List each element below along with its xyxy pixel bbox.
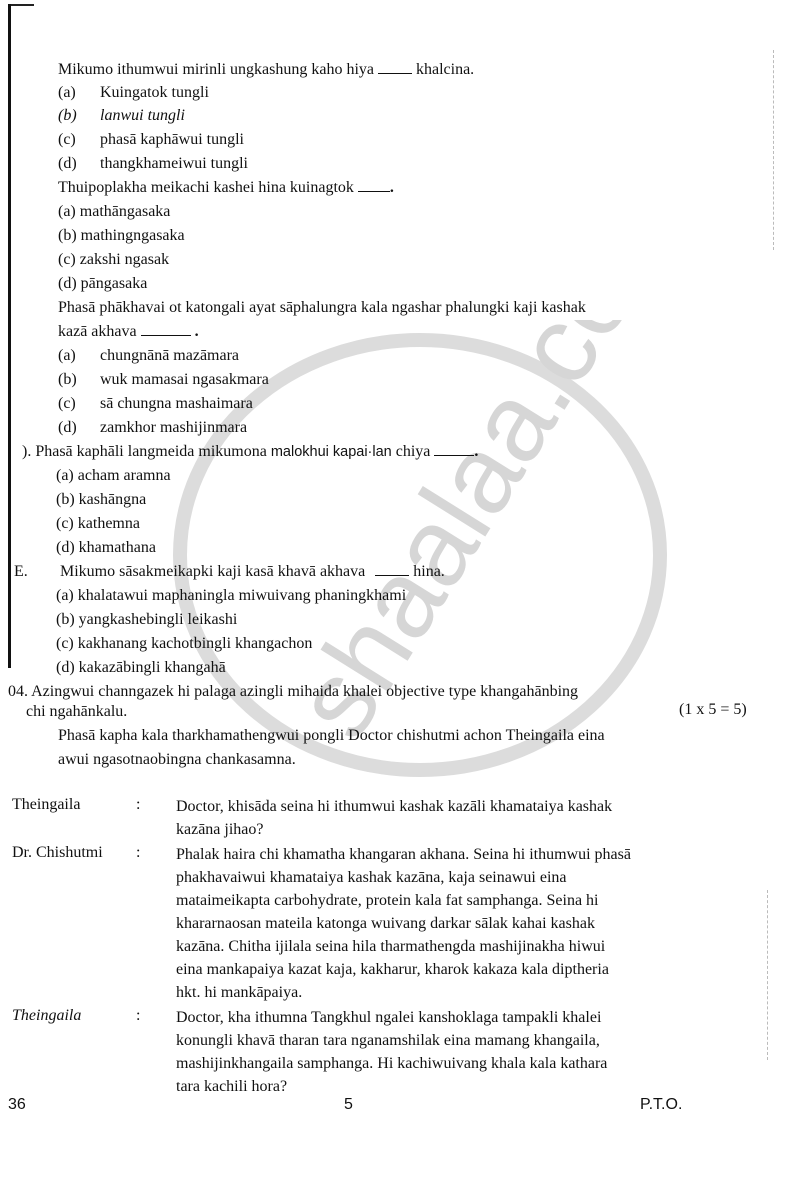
option-label: (a) [56,587,74,604]
option-text: lanwui tungli [100,107,185,124]
option-text: kashāngna [79,491,147,508]
question-4-option-d: (d) khamathana [56,538,156,558]
dialogue-speaker: Theingaila [12,1006,81,1026]
question-3-stem-line-1: Phasā phākhavai ot katongali ayat sāphal… [58,298,586,318]
dialogue-line: mataimeikapta carbohydrate, protein kala… [176,889,736,912]
question-5-text: Mikumo sāsakmeikapki kaji kasā khavā akh… [60,563,365,580]
option-label: (b) [58,227,77,244]
question-3-text-cont: kazā akhava [58,323,137,340]
option-label: (c) [58,130,100,150]
section-04-heading: 04. Azingwui channgazek hi palaga azingl… [8,682,578,702]
question-3-option-b: (b)wuk mamasai ngasakmara [58,370,269,390]
marks-allocation: (1 x 5 = 5) [679,700,747,720]
question-1-option-a: (a)Kuingatok tungli [58,83,209,103]
option-label: (d) [58,275,77,292]
dialogue-colon: : [136,843,140,863]
option-label: (b) [56,611,75,628]
dialogue-speaker: Dr. Chishutmi [12,843,103,863]
question-3-text: Phasā phākhavai ot katongali ayat sāphal… [58,299,586,316]
question-3-option-d: (d)zamkhor mashijinmara [58,418,247,438]
option-text: pāngasaka [81,275,148,292]
question-number: E. [14,563,28,580]
option-text: sā chungna mashaimara [100,395,253,412]
page-number: 5 [344,1096,353,1114]
dialogue-line: Doctor, khisāda seina hi ithumwui kashak… [176,795,736,818]
question-5-option-c: (c) kakhanang kachotbingli khangachon [56,634,312,654]
question-5-option-d: (d) kakazābingli khangahā [56,658,226,678]
option-label: (d) [58,154,100,174]
answer-blank [141,323,191,336]
question-2-text: Thuipoplakha meikachi kashei hina kuinag… [58,179,354,196]
option-label: (a) [58,83,100,103]
answer-blank [378,61,412,74]
question-4-text: Phasā kaphāli langmeida mikumona [35,443,267,460]
option-text: mathāngasaka [80,203,171,220]
answer-blank [434,443,474,456]
question-3-option-a: (a)chungnānā mazāmara [58,346,239,366]
dialogue-line: hkt. hi mankāpaiya. [176,981,736,1004]
question-number: ). [22,443,31,460]
answer-blank [375,563,409,576]
section-04-heading-line-1: 04. Azingwui channgazek hi palaga azingl… [8,683,578,700]
question-3-period: . [195,323,199,340]
question-4-text-end: chiya [396,443,431,460]
option-text: zamkhor mashijinmara [100,419,247,436]
question-1-option-b: (b)lanwui tungli [58,106,185,126]
option-label: (c) [56,515,74,532]
intro-text-cont: awui ngasotnaobingna chankasamna. [58,751,296,768]
option-text: chungnānā mazāmara [100,347,239,364]
dialogue-line: Phalak haira chi khamatha khangaran akha… [176,843,736,866]
option-text: kakazābingli khangahā [79,659,226,676]
question-5-text-end: hina. [413,563,445,580]
dialogue-line: kazāna. Chitha ijilala seina hila tharma… [176,935,736,958]
dialogue-line: mashijinkhangaila samphanga. Hi kachiwui… [176,1052,736,1075]
option-text: zakshi ngasak [80,251,169,268]
dialogue-turn-3: Doctor, kha ithumna Tangkhul ngalei kans… [176,1006,736,1098]
option-label: (d) [58,418,100,438]
question-5-stem: Mikumo sāsakmeikapki kaji kasā khavā akh… [60,562,445,582]
option-text: phasā kaphāwui tungli [100,131,244,148]
option-label: (b) [58,370,100,390]
question-2-option-c: (c) zakshi ngasak [58,250,169,270]
question-2-option-d: (d) pāngasaka [58,274,147,294]
option-label: (c) [58,251,76,268]
question-5-option-b: (b) yangkashebingli leikashi [56,610,237,630]
question-4-period: . [474,443,478,460]
option-label: (a) [58,346,100,366]
right-margin-scan-artifact [773,50,775,250]
question-1-stem: Mikumo ithumwui mirinli ungkashung kaho … [58,60,474,80]
question-3-option-c: (c)sā chungna mashaimara [58,394,253,414]
question-1-text: Mikumo ithumwui mirinli ungkashung kaho … [58,61,374,78]
option-text: khamathana [79,539,156,556]
question-5-number: E. [14,562,28,582]
question-4-text-mid: malokhui kapai·lan [271,444,392,460]
option-label: (c) [58,394,100,414]
dialogue-colon: : [136,795,140,815]
question-1-text-end: khalcina. [416,61,474,78]
option-text: mathingngasaka [81,227,185,244]
question-1-option-d: (d)thangkhameiwui tungli [58,154,248,174]
section-04-heading-cont: chi ngahānkalu. [26,702,127,722]
section-04-intro-line-1: Phasā kapha kala tharkhamathengwui pongl… [58,726,605,746]
question-1-option-c: (c)phasā kaphāwui tungli [58,130,244,150]
dialogue-line: konungli khavā tharan tara nganamshilak … [176,1029,736,1052]
marks-text: (1 x 5 = 5) [679,701,747,718]
question-4-option-b: (b) kashāngna [56,490,146,510]
option-label: (c) [56,635,74,652]
answer-blank [358,179,390,192]
option-label: (a) [58,203,76,220]
question-4-option-a: (a) acham aramna [56,466,171,486]
option-label: (d) [56,539,75,556]
left-margin-rule [8,4,11,668]
option-label: (a) [56,467,74,484]
right-margin-scan-artifact-lower [767,890,769,1060]
option-text: kathemna [78,515,140,532]
question-2-stem: Thuipoplakha meikachi kashei hina kuinag… [58,178,394,198]
paper-code: 36 [8,1096,26,1114]
option-label: (b) [56,491,75,508]
exam-page: shaalaa.com Mikumo ithumwui mirinli ungk… [0,0,800,1184]
dialogue-speaker: Theingaila [12,795,80,815]
question-2-period: . [390,179,394,196]
option-text: Kuingatok tungli [100,84,209,101]
question-5-option-a: (a) khalatawui maphaningla miwuivang pha… [56,586,406,606]
option-text: wuk mamasai ngasakmara [100,371,269,388]
please-turn-over: P.T.O. [640,1096,682,1114]
option-label: (b) [58,106,100,126]
margin-corner-mark [8,4,34,6]
dialogue-turn-2: Phalak haira chi khamatha khangaran akha… [176,843,736,1004]
dialogue-line: tara kachili hora? [176,1075,736,1098]
option-text: thangkhameiwui tungli [100,155,248,172]
option-text: yangkashebingli leikashi [79,611,238,628]
option-text: acham aramna [78,467,171,484]
option-label: (d) [56,659,75,676]
dialogue-line: Doctor, kha ithumna Tangkhul ngalei kans… [176,1006,736,1029]
question-3-stem-line-2: kazā akhava . [58,322,199,342]
dialogue-line: phakhavaiwui khamataiya kashak kazāna, k… [176,866,736,889]
section-04-intro-line-2: awui ngasotnaobingna chankasamna. [58,750,296,770]
intro-text: Phasā kapha kala tharkhamathengwui pongl… [58,727,605,744]
dialogue-line: khararnaosan mateila katonga wuivang dar… [176,912,736,935]
option-text: khalatawui maphaningla miwuivang phaning… [78,587,406,604]
question-2-option-a: (a) mathāngasaka [58,202,170,222]
question-4-option-c: (c) kathemna [56,514,140,534]
dialogue-line: eina mankapaiya kazat kaja, kakharur, kh… [176,958,736,981]
question-4-stem: ). Phasā kaphāli langmeida mikumona malo… [22,442,478,462]
option-text: kakhanang kachotbingli khangachon [78,635,313,652]
dialogue-line: kazāna jihao? [176,818,736,841]
dialogue-turn-1: Doctor, khisāda seina hi ithumwui kashak… [176,795,736,841]
section-04-heading-line-2: chi ngahānkalu. [26,703,127,720]
dialogue-colon: : [136,1006,140,1026]
question-2-option-b: (b) mathingngasaka [58,226,185,246]
